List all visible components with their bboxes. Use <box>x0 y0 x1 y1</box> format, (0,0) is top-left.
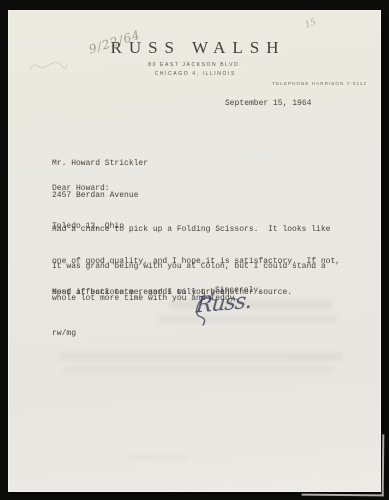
letterhead-telephone: TELEPHONE HARRISON 7-0112 <box>272 81 367 86</box>
typist-initials: rw/mg <box>52 329 76 340</box>
letterhead-name: RUSS WALSH <box>8 38 381 58</box>
bleedthrough-smudge <box>58 352 343 361</box>
bleedthrough-smudge <box>128 455 188 460</box>
pencil-corner-mark: 15 <box>304 17 318 30</box>
recipient-name: Mr. Howard Strickler <box>52 159 148 170</box>
bleedthrough-smudge <box>158 315 338 323</box>
salutation: Dear Howard: <box>52 184 110 195</box>
paper-edge-highlight <box>302 434 385 497</box>
letterhead-address-line1: 80 EAST JACKSON BLVD. <box>8 62 381 68</box>
bleedthrough-smudge <box>63 366 333 374</box>
body-line: Had a chance to pick up a Folding Scisso… <box>52 225 340 236</box>
letter-date: September 15, 1964 <box>225 99 311 110</box>
letterhead-address-line2: CHICAGO 4, ILLINOIS <box>8 71 381 77</box>
bleedthrough-smudge <box>168 300 333 309</box>
letter-paper: 9/22/64 15 RUSS WALSH 80 EAST JACKSON BL… <box>8 10 381 492</box>
